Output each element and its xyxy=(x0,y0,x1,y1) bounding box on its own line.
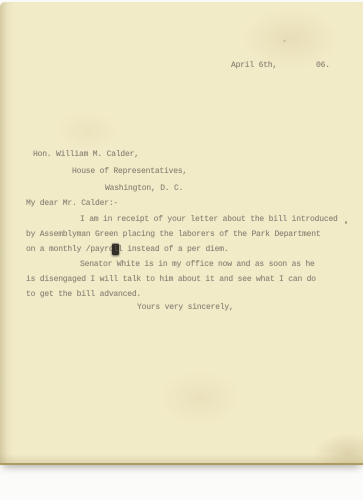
recipient-name-line: Hon. William M. Calder, xyxy=(33,149,139,160)
body-line-6: to get the bill advanced. xyxy=(26,289,141,300)
recipient-org-line: House of Representatives, xyxy=(72,166,187,177)
body-line-4: Senator White is in my office now and as… xyxy=(80,259,315,270)
date-line: April 6th, xyxy=(231,60,277,71)
paper-speck xyxy=(283,40,286,42)
letter-paper: April 6th, 06. Hon. William M. Calder, H… xyxy=(0,2,363,465)
closing-line: Yours very sincerely, xyxy=(137,302,234,313)
body-line-1: I am in receipt of your letter about the… xyxy=(80,214,338,225)
body-line-2: by Assemblyman Green placing the laborer… xyxy=(26,229,320,240)
body-line-3-pre: on a monthly /payro xyxy=(26,245,113,254)
body-line-3-post: l instead of a per diem. xyxy=(118,245,228,254)
date-text: April 6th, xyxy=(231,61,277,70)
body-line-5: is disengaged I will talk to him about i… xyxy=(26,274,316,285)
recipient-city-line: Washington, D. C. xyxy=(105,183,183,194)
salutation-line: My dear Mr. Calder:- xyxy=(26,198,118,209)
body-line-3: on a monthly /payroll instead of a per d… xyxy=(26,244,228,255)
date-year: 06. xyxy=(316,60,330,71)
paper-speck xyxy=(345,221,347,224)
